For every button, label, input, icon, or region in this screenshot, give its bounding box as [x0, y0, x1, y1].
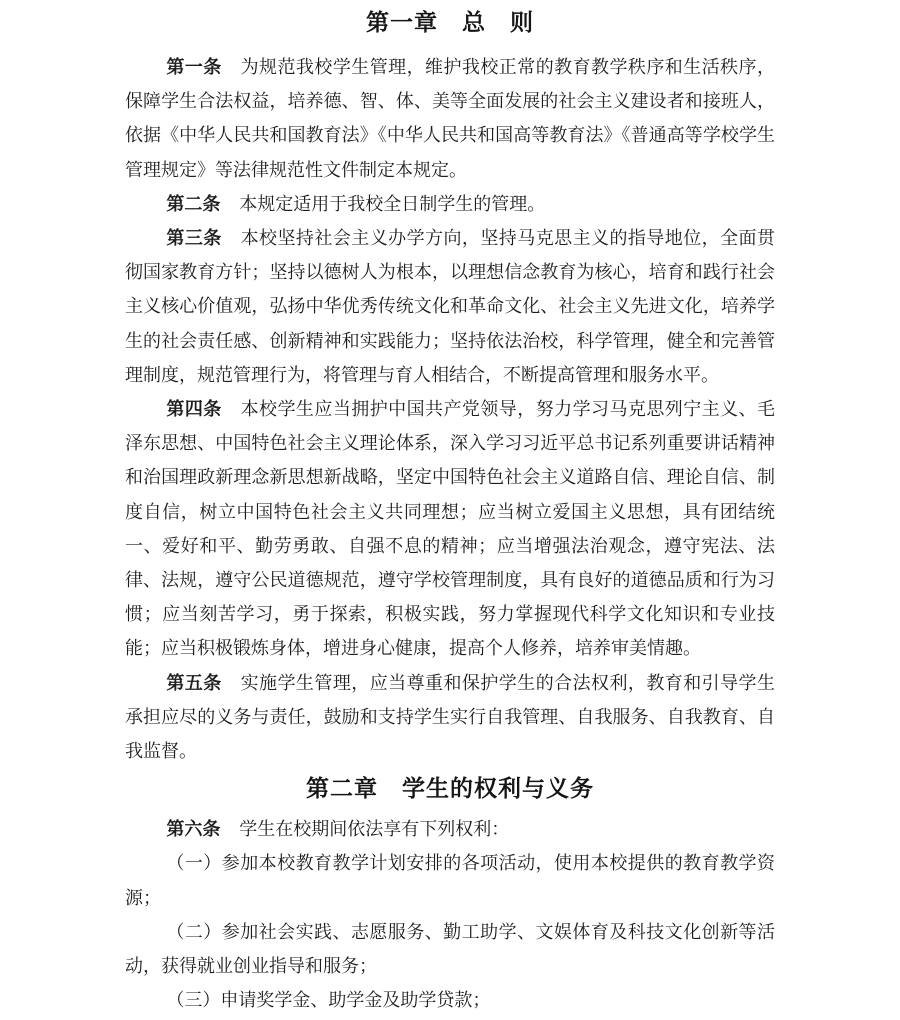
- article-6-item-1: （一）参加本校教育教学计划安排的各项活动，使用本校提供的教育教学资源；: [125, 846, 775, 914]
- document-page: 第一章 总 则 第一条为规范我校学生管理，维护我校正常的教育教学秩序和生活秩序，…: [0, 0, 900, 1020]
- article-6-label: 第六条: [166, 819, 220, 839]
- article-3-label: 第三条: [166, 228, 221, 248]
- article-4-label: 第四条: [166, 399, 221, 419]
- article-6-item-3: （三）申请奖学金、助学金及助学贷款；: [125, 983, 775, 1017]
- article-3: 第三条本校坚持社会主义办学方向，坚持马克思主义的指导地位，全面贯彻国家教育方针；…: [125, 221, 775, 392]
- article-6-item-2: （二）参加社会实践、志愿服务、勤工助学、文娱体育及科技文化创新等活动，获得就业创…: [125, 915, 775, 983]
- article-5-label: 第五条: [166, 673, 221, 693]
- article-1-label: 第一条: [166, 57, 221, 77]
- article-6-item-2-text: （二）参加社会实践、志愿服务、勤工助学、文娱体育及科技文化创新等活动，获得就业创…: [125, 922, 775, 976]
- article-6: 第六条学生在校期间依法享有下列权利：: [125, 812, 775, 846]
- article-1-text: 为规范我校学生管理，维护我校正常的教育教学秩序和生活秩序，保障学生合法权益，培养…: [125, 57, 775, 180]
- chapter-2-title: 第二章 学生的权利与义务: [125, 770, 775, 808]
- article-2: 第二条本规定适用于我校全日制学生的管理。: [125, 187, 775, 221]
- article-3-text: 本校坚持社会主义办学方向，坚持马克思主义的指导地位，全面贯彻国家教育方针；坚持以…: [125, 228, 775, 385]
- article-5-text: 实施学生管理，应当尊重和保护学生的合法权利，教育和引导学生承担应尽的义务与责任，…: [125, 673, 775, 761]
- article-4: 第四条本校学生应当拥护中国共产党领导，努力学习马克思列宁主义、毛泽东思想、中国特…: [125, 392, 775, 666]
- article-2-text: 本规定适用于我校全日制学生的管理。: [239, 194, 545, 214]
- chapter-1-title: 第一章 总 则: [125, 4, 775, 42]
- article-6-item-3-text: （三）申请奖学金、助学金及助学贷款；: [166, 990, 490, 1010]
- article-4-text: 本校学生应当拥护中国共产党领导，努力学习马克思列宁主义、毛泽东思想、中国特色社会…: [125, 399, 775, 658]
- article-6-text: 学生在校期间依法享有下列权利：: [239, 819, 509, 839]
- article-5: 第五条实施学生管理，应当尊重和保护学生的合法权利，教育和引导学生承担应尽的义务与…: [125, 666, 775, 769]
- article-2-label: 第二条: [166, 194, 220, 214]
- article-1: 第一条为规范我校学生管理，维护我校正常的教育教学秩序和生活秩序，保障学生合法权益…: [125, 50, 775, 187]
- article-6-item-1-text: （一）参加本校教育教学计划安排的各项活动，使用本校提供的教育教学资源；: [125, 853, 775, 907]
